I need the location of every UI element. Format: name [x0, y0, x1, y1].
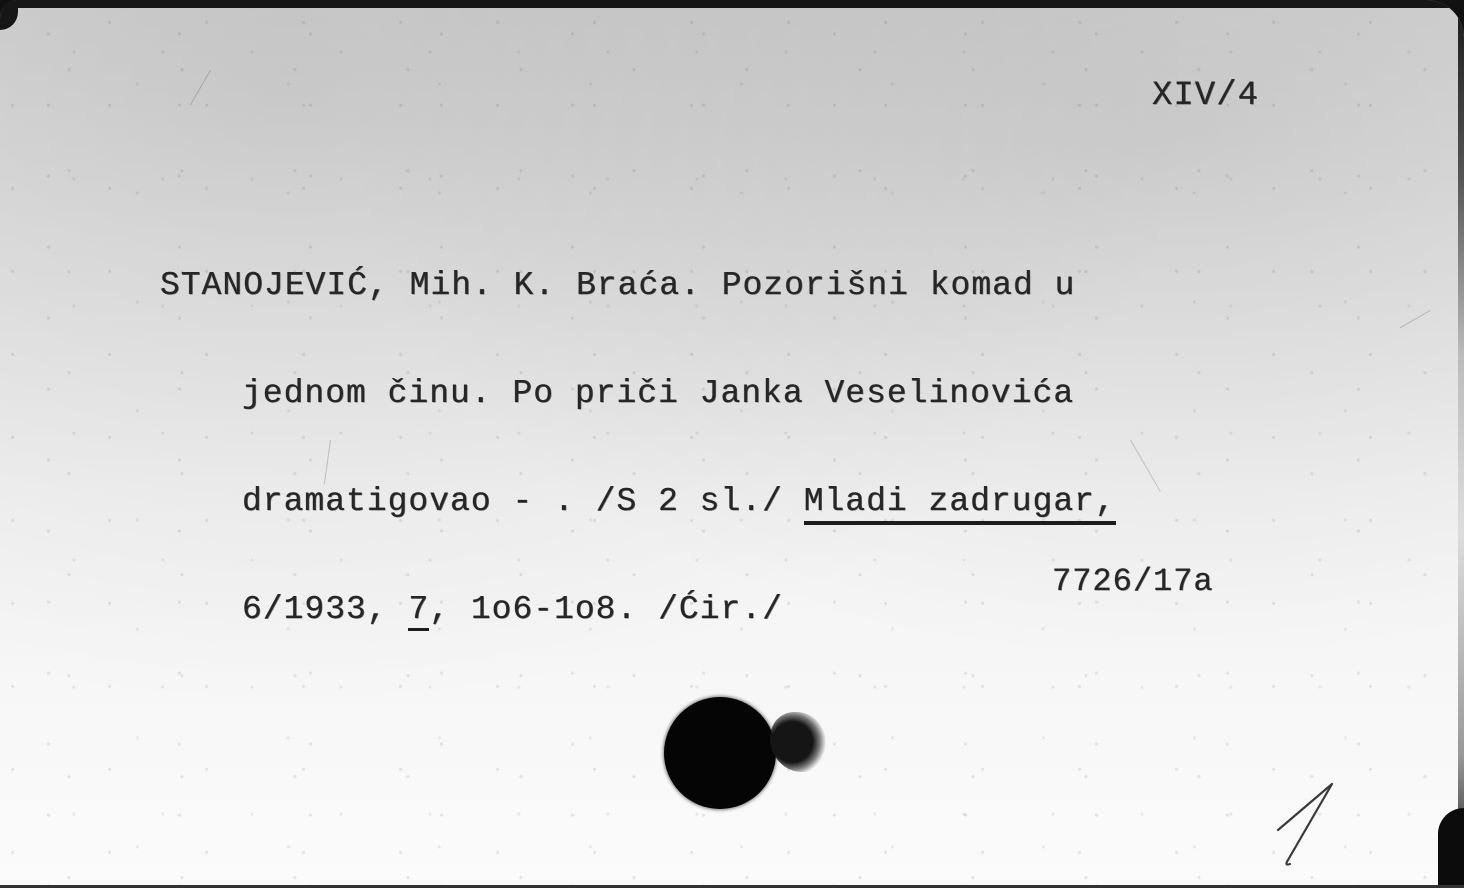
inventory-number: 7726/17a: [1052, 564, 1214, 600]
entry-line-2: jednom činu. Po priči Janka Veselinovića: [160, 376, 1116, 412]
scan-border-corner: [1438, 808, 1464, 888]
volume-number: 7: [408, 591, 429, 631]
entry-line-3: dramatigovao - . /S 2 sl./ Mladi zadruga…: [160, 484, 1116, 520]
punch-tear-icon: [770, 712, 826, 772]
journal-title: Mladi zadrugar,: [804, 483, 1116, 525]
punch-hole-icon: [664, 697, 776, 809]
paper-scratch: [1400, 310, 1431, 328]
paper-scratch: [190, 70, 211, 105]
paper-scratch: [1130, 440, 1161, 492]
scan-border-corner: [0, 0, 18, 30]
page-range: , 1o6-1o8.: [429, 591, 658, 628]
bibliographic-entry: STANOJEVIĆ, Mih. K. Braća. Pozorišni kom…: [160, 196, 1116, 700]
handwritten-numeral-icon: [1270, 780, 1340, 870]
scan-border-top: [0, 0, 1464, 8]
script-note: /Ćir./: [658, 591, 783, 628]
adaptation-note: dramatigovao - .: [242, 483, 596, 520]
scene-count-note: /S 2 sl./: [596, 483, 783, 520]
entry-line-1: STANOJEVIĆ, Mih. K. Braća. Pozorišni kom…: [160, 268, 1116, 304]
catalog-card: XIV/4 STANOJEVIĆ, Mih. K. Braća. Pozoriš…: [0, 0, 1464, 888]
scan-border-right: [1458, 0, 1464, 888]
entry-line-4: 6/1933, 7, 1o6-1o8. /Ćir./: [160, 592, 1116, 628]
separator: [783, 483, 804, 520]
issue-year: 6/1933,: [242, 591, 408, 628]
title-text: , Mih. K. Braća. Pozorišni komad u: [368, 267, 1075, 304]
shelfmark: XIV/4: [1152, 78, 1259, 114]
author-name: STANOJEVIĆ: [160, 267, 368, 304]
